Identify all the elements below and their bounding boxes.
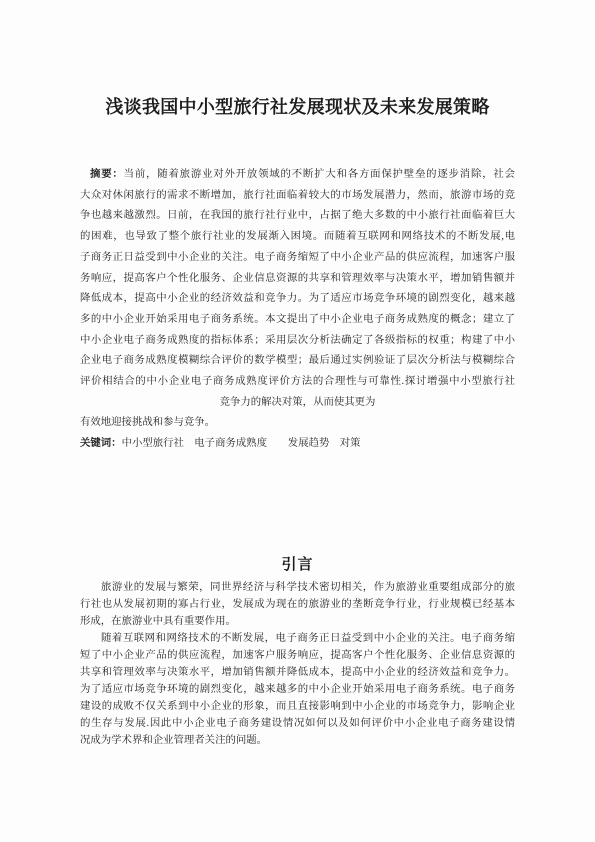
intro-line: 的生存与发展.因此中小企业电子商务建设情况如何以及如何评价中小企业电子商务建设情 [80,715,515,732]
keywords-label: 关键词： [80,438,122,449]
abstract-line: 争也越来越激烈。日前，在我国的旅行社行业中，占据了绝大多数的中小旅行社面临着巨大 [80,206,515,227]
abstract-line: 降低成本，提高中小企业的经济效益和竞争力。为了适应市场竞争环境的剧烈变化，越来越 [80,289,515,310]
abstract-section: 摘要：当前，随着旅游业对外开放领域的不断扩大和各方面保护壁垒的逐步消除，社会 大… [80,165,515,455]
abstract-line: 多的中小企业开始采用电子商务系统。本文提出了中小企业电子商务成熟度的概念；建立了 [80,310,515,331]
intro-line: 旅游业的发展与繁荣，同世界经济与科学技术密切相关，作为旅游业重要组成部分的旅 [80,579,515,596]
intro-line: 为了适应市场竞争环境的剧烈变化，越来越多的中小企业开始采用电子商务系统。电子商务 [80,681,515,698]
intro-line: 建设的成败不仅关系到中小企业的形象，而且直接影响到中小企业的市场竞争力，影响企业 [80,698,515,715]
abstract-line: 评价相结合的中小企业电子商务成熟度评价方法的合理性与可靠性.探讨增强中小型旅行社 [80,372,515,393]
abstract-line: 务响应，提高客户个性化服务、企业信息资源的共享和管理效率与决策水平，增加销售额并 [80,269,515,290]
abstract-label: 摘要： [90,169,124,180]
intro-line: 形成，在旅游业中具有重要作用。 [80,613,515,630]
document-title: 浅谈我国中小型旅行社发展现状及未来发展策略 [0,93,595,119]
intro-line: 共享和管理效率与决策水平，增加销售额并降低成本，提高中小企业的经济效益和竞争力。 [80,664,515,681]
introduction-section: 旅游业的发展与繁荣，同世界经济与科学技术密切相关，作为旅游业重要组成部分的旅 行… [80,579,515,749]
abstract-line: 子商务正日益受到中小企业的关注。电子商务缩短了中小企业产品的供应流程，加速客户服 [80,248,515,269]
section-title-introduction: 引言 [0,553,595,574]
abstract-line: 中小企业电子商务成熟度的指标体系；采用层次分析法确定了各级指标的权重；构建了中小 [80,331,515,352]
document-page: 浅谈我国中小型旅行社发展现状及未来发展策略 摘要：当前，随着旅游业对外开放领域的… [0,0,595,842]
abstract-line: 企业电子商务成熟度模糊综合评价的数学模型；最后通过实例验证了层次分析法与模糊综合 [80,351,515,372]
abstract-tail-line: 有效地迎接挑战和参与竞争。 [80,413,515,434]
intro-line: 况成为学术界和企业管理者关注的问题。 [80,732,515,749]
abstract-line: 的困难，也导致了整个旅行社业的发展渐入困境。而随着互联网和网络技术的不断发展,电 [80,227,515,248]
keywords-line: 关键词：中小型旅行社 电子商务成熟度 发展趋势 对策 [80,434,515,455]
abstract-line-text: 当前，随着旅游业对外开放领域的不断扩大和各方面保护壁垒的逐步消除，社会 [124,169,515,180]
intro-line: 随着互联网和网络技术的不断发展，电子商务正日益受到中小企业的关注。电子商务缩 [80,630,515,647]
intro-line: 行社也从发展初期的寡占行业，发展成为现在的旅游业的垄断竞争行业，行业规模已经基本 [80,596,515,613]
abstract-line: 摘要：当前，随着旅游业对外开放领域的不断扩大和各方面保护壁垒的逐步消除，社会 [80,165,515,186]
keywords-text: 中小型旅行社 电子商务成熟度 发展趋势 对策 [122,438,361,449]
abstract-centered-line: 竞争力的解决对策，从而使其更为 [80,393,515,414]
abstract-line: 大众对休闲旅行的需求不断增加，旅行社面临着较大的市场发展潜力，然而，旅游市场的竞 [80,186,515,207]
intro-line: 短了中小企业产品的供应流程，加速客户服务响应，提高客户个性化服务、企业信息资源的 [80,647,515,664]
